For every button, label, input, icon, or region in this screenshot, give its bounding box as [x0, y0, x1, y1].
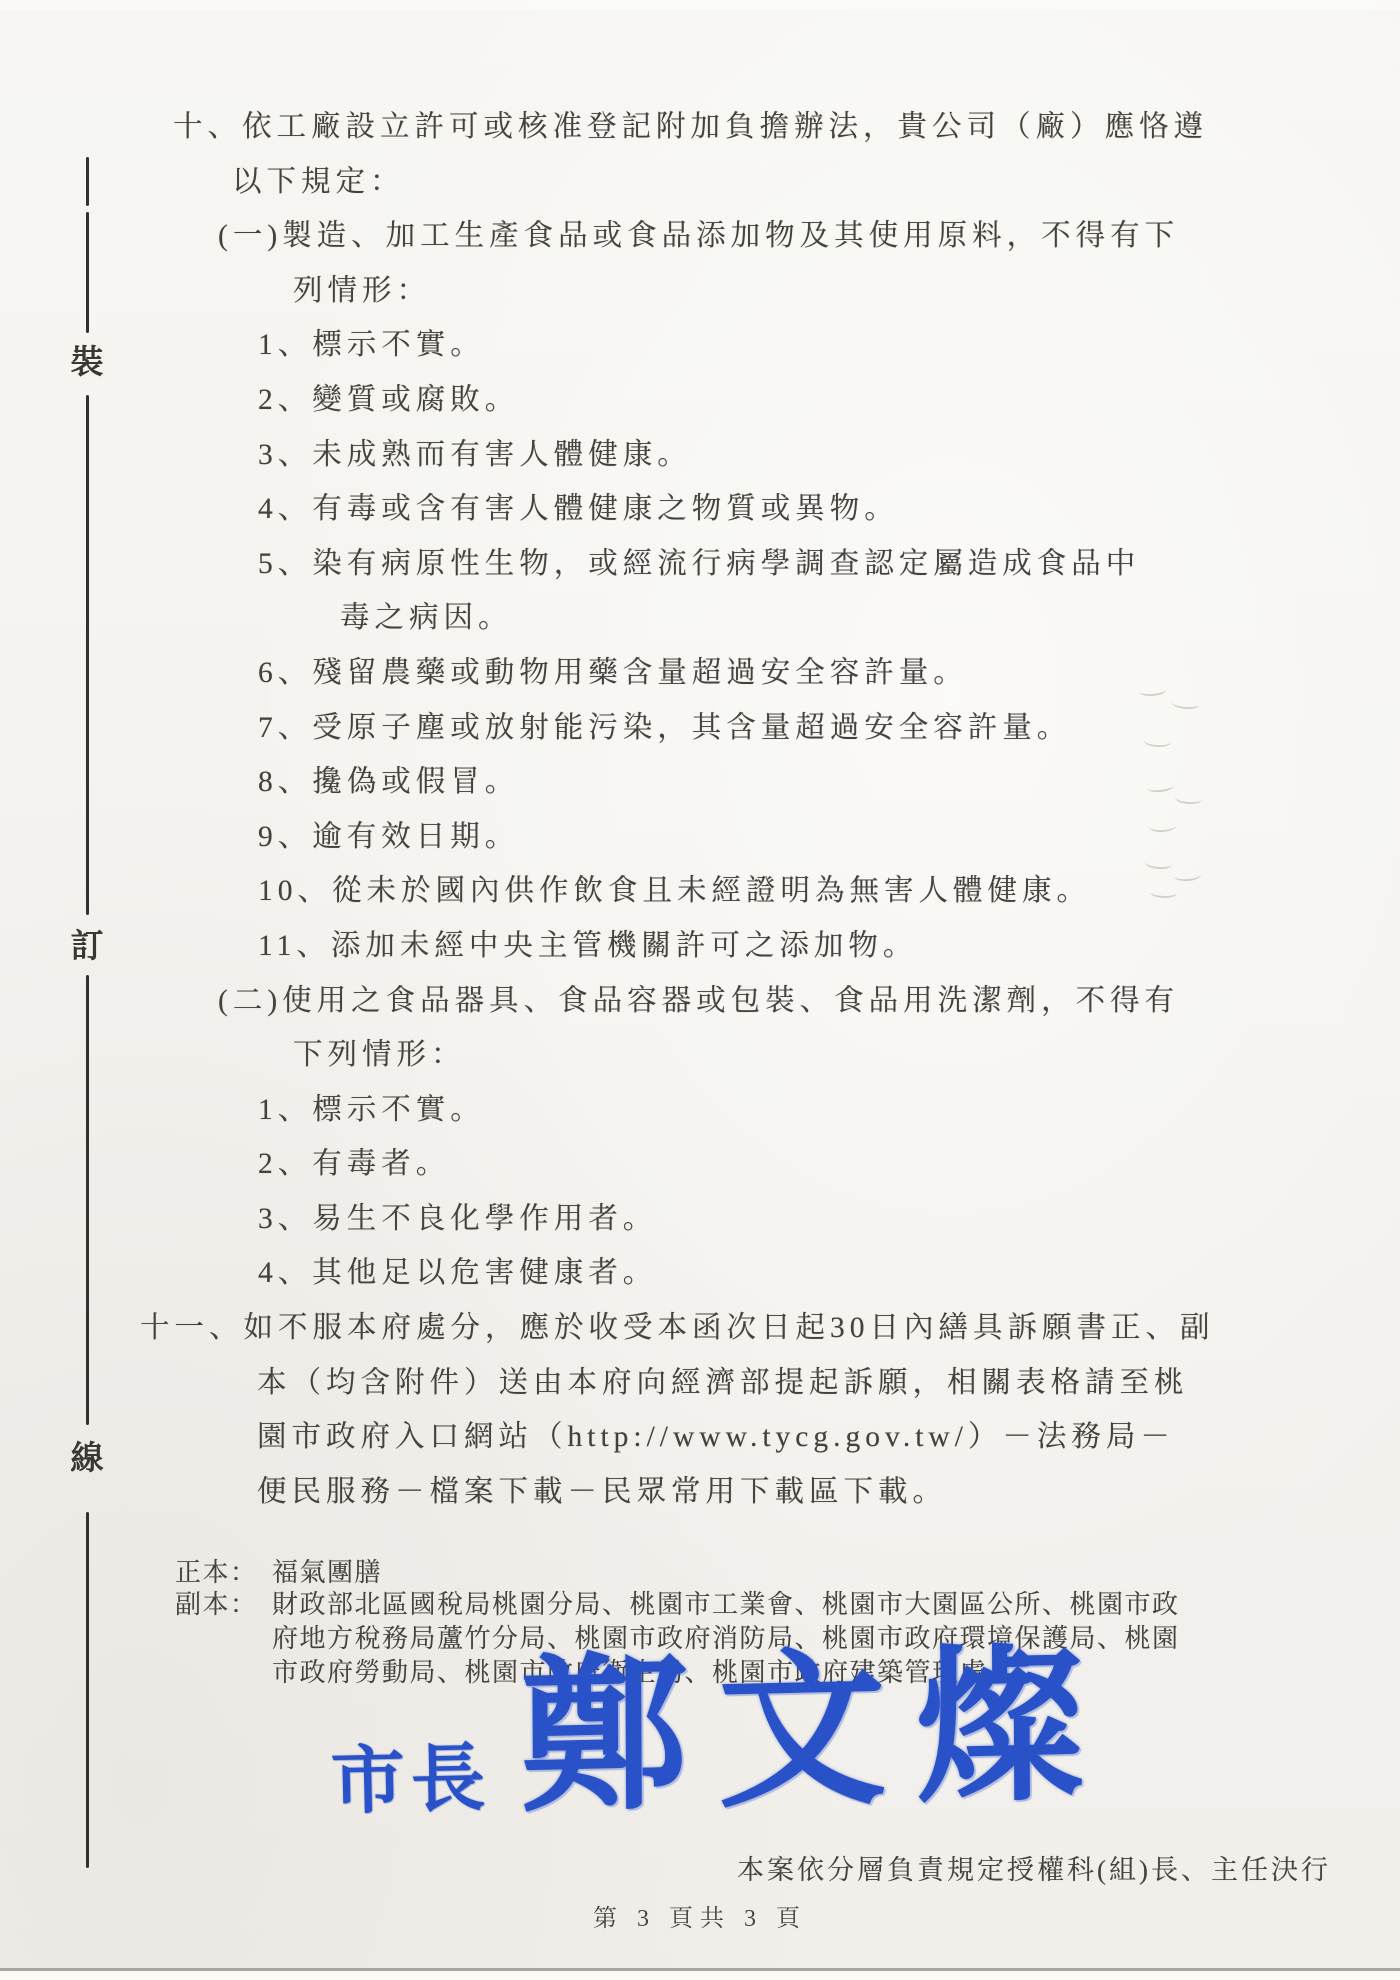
- scan-top-edge: [0, 0, 1400, 10]
- body-line: 本（均含附件）送由本府向經濟部提起訴願，相關表格請至桃: [0, 1356, 1400, 1411]
- authorization-note: 本案依分層負責規定授權科(組)長、主任決行: [737, 1848, 1331, 1887]
- original-recipient-line: 正本：福氣團膳: [0, 1556, 1180, 1590]
- cc-recipient-line: 副本：財政部北區國稅局桃園分局、桃園市工業會、桃園市大園區公所、桃園市政: [0, 1588, 1180, 1622]
- body-line: 9、逾有效日期。: [0, 810, 1400, 865]
- body-line: 下列情形：: [0, 1028, 1400, 1083]
- body-line: 十一、如不服本府處分，應於收受本函次日起30日內繕具訴願書正、副: [0, 1301, 1400, 1356]
- body-line: 6、殘留農藥或動物用藥含量超過安全容許量。: [0, 646, 1400, 701]
- body-line: 1、標示不實。: [0, 1083, 1400, 1138]
- original-recipient-label: 正本：: [0, 1556, 272, 1590]
- page-number: 第 3 頁共 3 頁: [593, 1898, 807, 1933]
- body-line: 4、有毒或含有害人體健康之物質或異物。: [0, 482, 1400, 537]
- body-line: 2、變質或腐敗。: [0, 373, 1400, 428]
- body-line: 十、依工廠設立許可或核准登記附加負擔辦法，貴公司（廠）應恪遵: [0, 100, 1400, 155]
- letter-body: 十、依工廠設立許可或核准登記附加負擔辦法，貴公司（廠）應恪遵 以下規定： (一)…: [0, 100, 1400, 1519]
- body-line: 4、其他足以危害健康者。: [0, 1246, 1400, 1301]
- body-line: (二)使用之食品器具、食品容器或包裝、食品用洗潔劑，不得有: [0, 974, 1400, 1029]
- cc-recipient-text: 財政部北區國稅局桃園分局、桃園市工業會、桃園市大園區公所、桃園市政: [272, 1590, 1180, 1619]
- body-line: 園市政府入口網站（http://www.tycg.gov.tw/）－法務局－: [0, 1410, 1400, 1465]
- body-line: 列情形：: [0, 264, 1400, 319]
- mayor-title: 市長: [330, 1719, 492, 1829]
- body-line: (一)製造、加工生產食品或食品添加物及其使用原料，不得有下: [0, 209, 1400, 264]
- body-line: 3、易生不良化學作用者。: [0, 1192, 1400, 1247]
- body-line: 便民服務－檔案下載－民眾常用下載區下載。: [0, 1465, 1400, 1520]
- body-line: 毒之病因。: [0, 591, 1400, 646]
- body-line: 3、未成熟而有害人體健康。: [0, 428, 1400, 483]
- body-line: 2、有毒者。: [0, 1137, 1400, 1192]
- scanned-official-letter-page: 裝 訂 線 十、依工廠設立許可或核准登記附加負擔辦法，貴公司（廠）應恪遵 以下規…: [0, 0, 1400, 1980]
- body-line: 以下規定：: [0, 155, 1400, 210]
- body-line: 5、染有病原性生物，或經流行病學調查認定屬造成食品中: [0, 537, 1400, 592]
- body-line: 11、添加未經中央主管機關許可之添加物。: [0, 919, 1400, 974]
- mayor-signature-stamp: 市長 鄭文燦: [328, 1627, 1116, 1843]
- cc-recipient-label: 副本：: [0, 1588, 272, 1622]
- scan-bottom-edge: [0, 1971, 1400, 1980]
- original-recipient-value: 福氣團膳: [272, 1558, 382, 1587]
- mayor-name-calligraphy: 鄭文燦: [520, 1627, 1115, 1839]
- body-line: 1、標示不實。: [0, 318, 1400, 373]
